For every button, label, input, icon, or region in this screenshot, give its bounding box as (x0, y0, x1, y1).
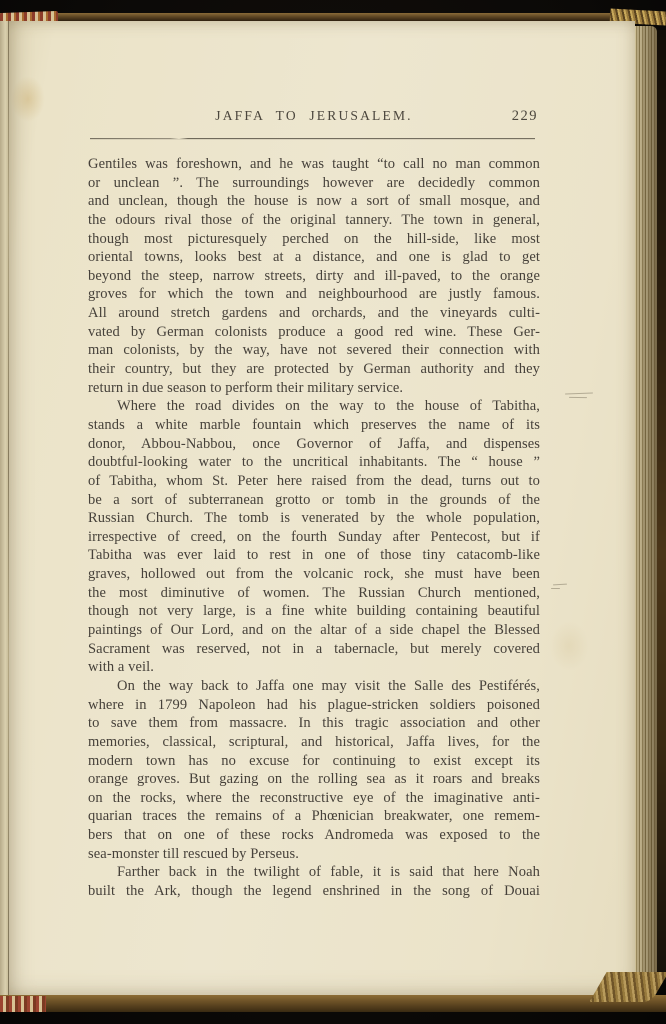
text-line: modern town has no excuse for continuing… (88, 752, 540, 771)
foxing-stain (11, 76, 45, 122)
pencil-mark (565, 393, 593, 395)
text-line: be a sort of subterranean grotto or tomb… (88, 491, 540, 510)
text-line: memories, classical, scriptural, and his… (88, 733, 540, 752)
pencil-mark (569, 397, 587, 398)
text-line: On the way back to Jaffa one may visit t… (88, 677, 540, 696)
text-line: to save them from massacre. In this trag… (88, 714, 540, 733)
text-line: bers that on one of these rocks Andromed… (88, 826, 540, 845)
scanned-book-photo: JAFFA TO JERUSALEM. 229 Gentiles was for… (0, 0, 666, 1024)
text-line: and unclean, though the house is now a s… (88, 192, 540, 211)
running-head: JAFFA TO JERUSALEM. 229 (88, 108, 540, 130)
text-line: Tabitha was ever laid to rest in one of … (88, 546, 540, 565)
text-line: Russian Church. The tomb is venerated by… (88, 509, 540, 528)
text-block: Gentiles was foreshown, and he was taugh… (88, 155, 540, 901)
text-line: return in due season to perform their mi… (88, 379, 540, 398)
text-line: vated by German colonists produce a good… (88, 323, 540, 342)
paragraph: Where the road divides on the way to the… (88, 397, 540, 677)
text-line: groves for which the town and neighbourh… (88, 285, 540, 304)
text-line: All around stretch gardens and orchards,… (88, 304, 540, 323)
text-line: the odours rival those of the original t… (88, 211, 540, 230)
text-line: doubtful-looking water to the uncritical… (88, 453, 540, 472)
text-line: donor, Abbou-Nabbou, once Governor of Ja… (88, 435, 540, 454)
text-line: oriental towns, looks best at a distance… (88, 248, 540, 267)
marbled-edge-bottom-left (0, 996, 46, 1012)
text-line: or unclean ”. The surroundings however a… (88, 174, 540, 193)
text-line: though not very large, is a fine white b… (88, 602, 540, 621)
text-line: their country, but they are protected by… (88, 360, 540, 379)
text-line: with a veil. (88, 658, 540, 677)
page-number: 229 (512, 108, 538, 125)
text-line: built the Ark, though the legend enshrin… (88, 882, 540, 901)
pencil-mark (551, 588, 560, 589)
text-line: the most diminutive of women. The Russia… (88, 584, 540, 603)
text-line: graves, hollowed out from the volcanic r… (88, 565, 540, 584)
text-line: quarian traces the remains of a Phœnicia… (88, 807, 540, 826)
text-line: man colonists, by the way, have not seve… (88, 341, 540, 360)
text-line: on the rocks, where the reconstructive e… (88, 789, 540, 808)
text-line: Sacrament was reserved, not in a taberna… (88, 640, 540, 659)
text-line: where in 1799 Napoleon had his plague-st… (88, 696, 540, 715)
text-line: paintings of Our Lord, and on the altar … (88, 621, 540, 640)
text-line: stands a white marble fountain which pre… (88, 416, 540, 435)
text-line: orange groves. But gazing on the rolling… (88, 770, 540, 789)
foxing-stain (549, 621, 589, 671)
book-bottom-gilt-edge (0, 995, 666, 1012)
pencil-mark (553, 584, 567, 586)
paragraph: Farther back in the twilight of fable, i… (88, 863, 540, 900)
text-line: of Tabitha, whom St. Peter here raised f… (88, 472, 540, 491)
running-head-title: JAFFA TO JERUSALEM. (88, 108, 540, 124)
text-line: beyond the steep, narrow streets, dirty … (88, 267, 540, 286)
text-line: sea-monster till rescued by Perseus. (88, 845, 540, 864)
text-line: Gentiles was foreshown, and he was taugh… (88, 155, 540, 174)
paragraph: Gentiles was foreshown, and he was taugh… (88, 155, 540, 397)
text-line: Where the road divides on the way to the… (88, 397, 540, 416)
head-rule (90, 138, 535, 139)
page-stack-edge (634, 26, 657, 988)
book-top-gilt-edge (0, 13, 655, 21)
text-line: Farther back in the twilight of fable, i… (88, 863, 540, 882)
text-line: though most picturesquely perched on the… (88, 230, 540, 249)
text-line: irrespective of creed, on the fourth Sun… (88, 528, 540, 547)
paragraph: On the way back to Jaffa one may visit t… (88, 677, 540, 863)
book-page: JAFFA TO JERUSALEM. 229 Gentiles was for… (9, 21, 635, 995)
